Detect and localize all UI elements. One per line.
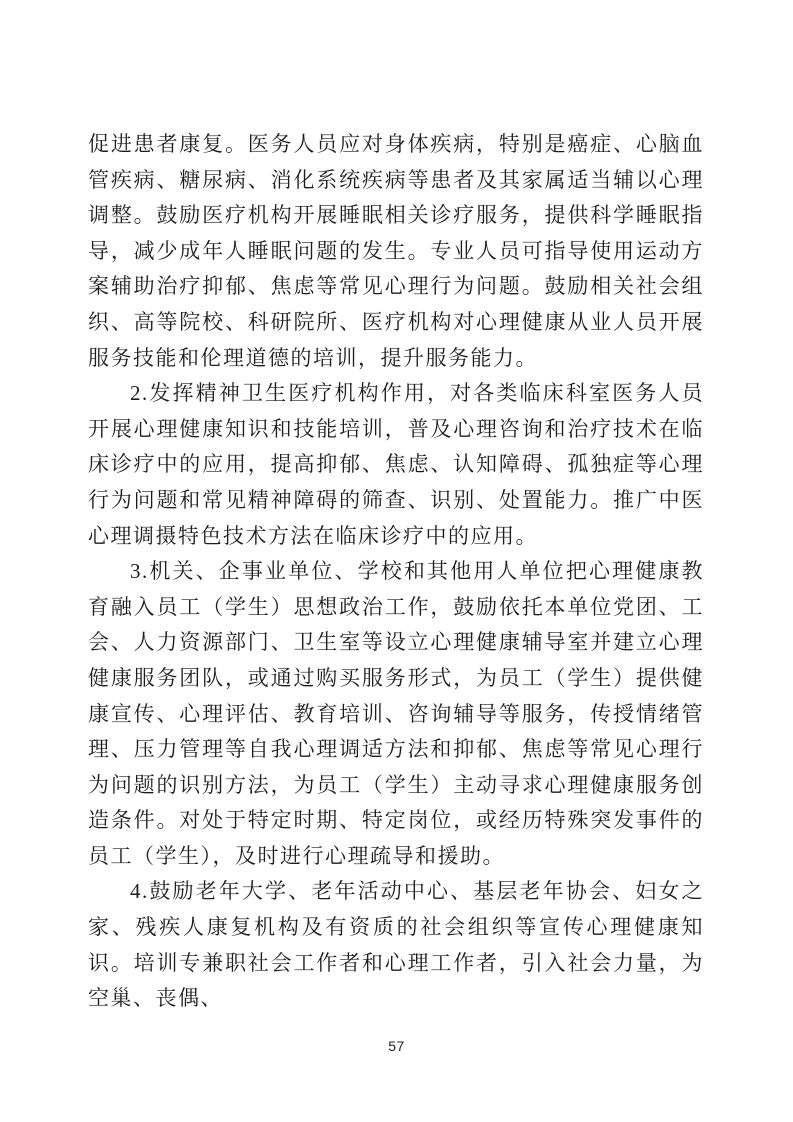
document-page: 促进患者康复。医务人员应对身体疾病，特别是癌症、心脑血管疾病、糖尿病、消化系统疾… [0,0,793,1122]
paragraph-item-2: 2.发挥精神卫生医疗机构作用，对各类临床科室医务人员开展心理健康知识和技能培训，… [88,376,704,554]
page-number: 57 [0,1038,793,1054]
paragraph-item-3: 3.机关、企事业单位、学校和其他用人单位把心理健康教育融入员工（学生）思想政治工… [88,554,704,874]
page-body: 促进患者康复。医务人员应对身体疾病，特别是癌症、心脑血管疾病、糖尿病、消化系统疾… [88,127,704,1017]
paragraph-continuation: 促进患者康复。医务人员应对身体疾病，特别是癌症、心脑血管疾病、糖尿病、消化系统疾… [88,127,704,376]
paragraph-item-4: 4.鼓励老年大学、老年活动中心、基层老年协会、妇女之家、残疾人康复机构及有资质的… [88,874,704,1016]
